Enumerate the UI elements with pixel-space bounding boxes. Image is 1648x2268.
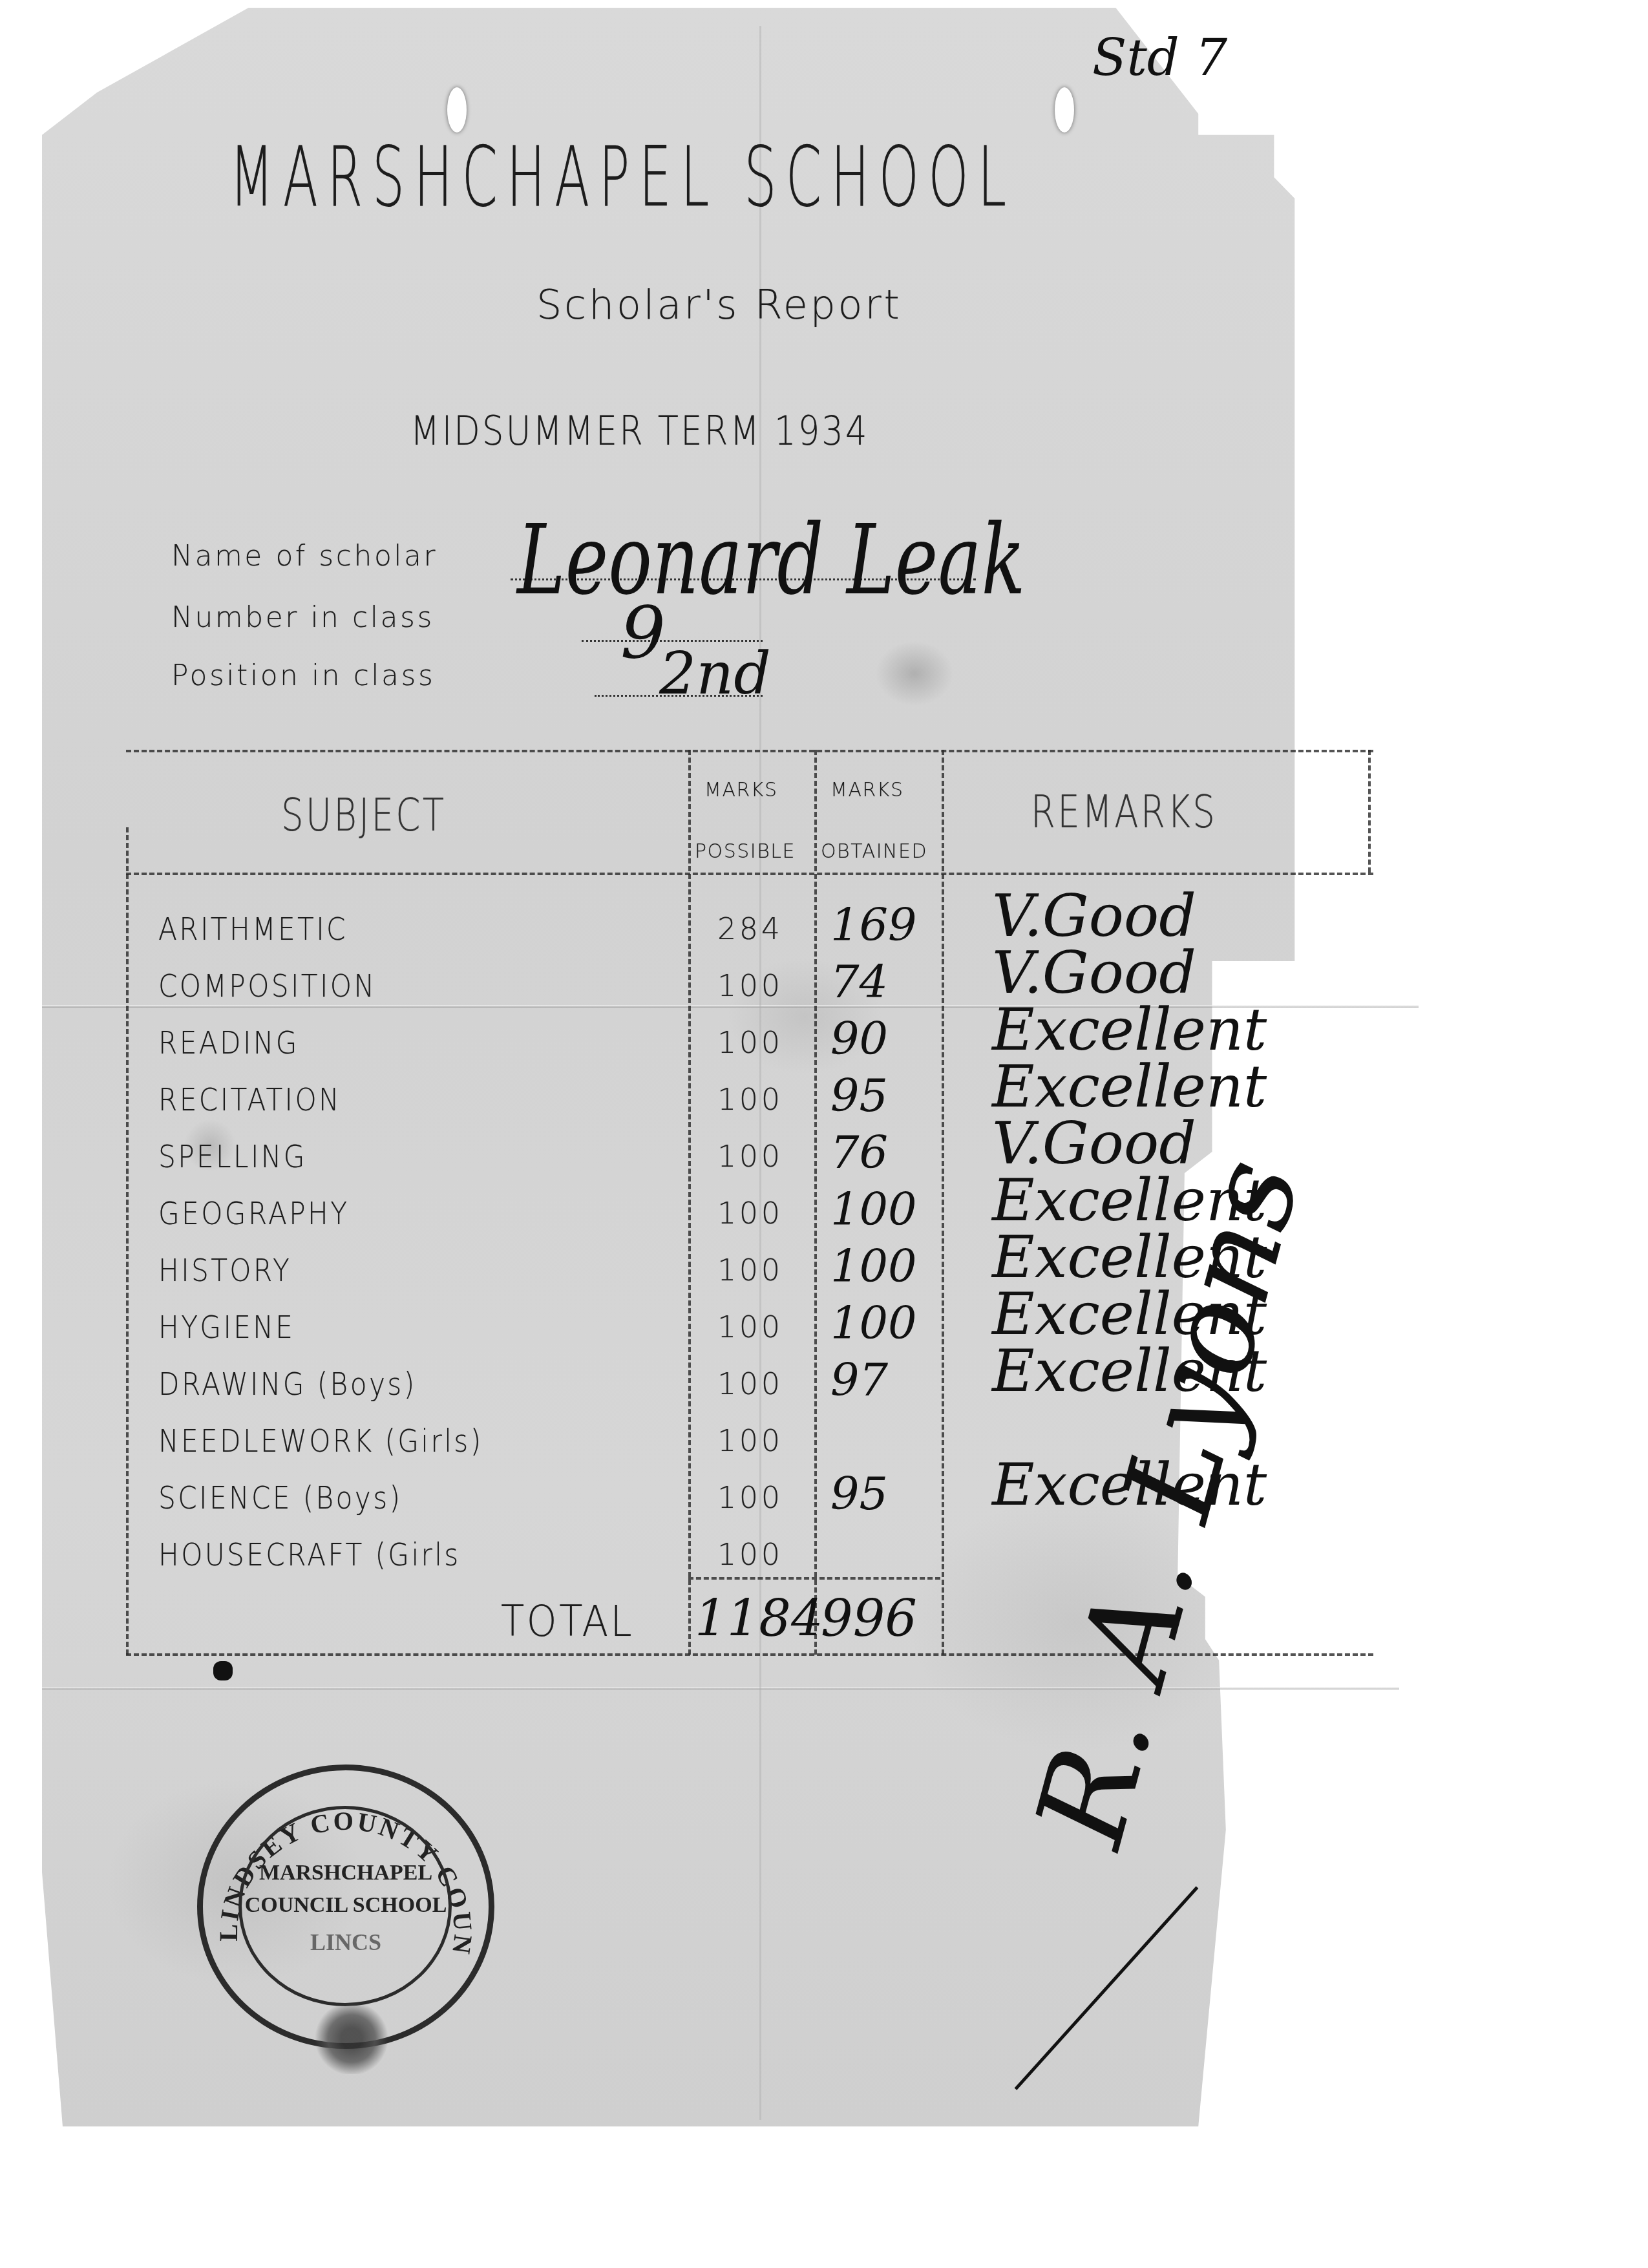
stamp-line-3: LINCS	[203, 1929, 489, 1956]
row-subject: HYGIENE	[158, 1309, 295, 1346]
row-marks-obtained: 97	[830, 1353, 888, 1406]
paper-fold-line	[42, 1687, 1399, 1690]
row-marks-possible: 100	[717, 1537, 783, 1572]
row-subject: SCIENCE (Boys)	[158, 1480, 402, 1516]
punch-hole	[1055, 87, 1074, 132]
stamp-line-2: COUNCIL SCHOOL	[203, 1893, 489, 1918]
row-subject: COMPOSITION	[158, 968, 376, 1004]
row-marks-obtained: 76	[830, 1126, 888, 1179]
table-rule	[126, 750, 1373, 752]
row-subject: HOUSECRAFT (Girls	[158, 1537, 461, 1573]
punch-hole	[447, 87, 467, 132]
row-marks-obtained: 95	[830, 1467, 888, 1520]
row-subject: SPELLING	[158, 1139, 307, 1175]
stamp-knot-emblem	[313, 2003, 390, 2074]
stamp-line-1: MARSHCHAPEL	[203, 1861, 489, 1885]
row-marks-possible: 100	[717, 1139, 783, 1174]
field-label-name: Name of scholar	[171, 540, 438, 573]
table-rule	[942, 750, 944, 1655]
header-remarks: REMARKS	[1031, 785, 1217, 838]
row-subject: ARITHMETIC	[158, 911, 348, 948]
row-marks-possible: 100	[717, 1309, 783, 1344]
scholar-name: Leonard Leak	[517, 504, 1026, 617]
table-rule	[1368, 750, 1371, 873]
header-obtained-top: MARKS	[830, 779, 903, 801]
position-in-class: 2nd	[659, 640, 771, 708]
total-possible: 1184	[695, 1590, 823, 1648]
row-marks-possible: 100	[717, 1082, 783, 1117]
row-marks-possible: 100	[717, 968, 783, 1003]
table-rule	[126, 873, 1373, 875]
council-stamp: LINDSEY COUNTY COUNCIL MARSHCHAPEL COUNC…	[197, 1765, 494, 2049]
standard-note: Std 7	[1092, 29, 1227, 87]
row-marks-possible: 100	[717, 1196, 783, 1231]
row-marks-obtained: 95	[830, 1069, 888, 1122]
ink-smudge	[213, 1661, 233, 1680]
row-subject: READING	[158, 1025, 299, 1061]
row-marks-possible: 100	[717, 1423, 783, 1458]
field-label-position: Position in class	[171, 659, 435, 692]
row-marks-possible: 284	[717, 911, 783, 946]
term-title: MIDSUMMER TERM 1934	[410, 407, 869, 454]
row-marks-obtained: 169	[830, 898, 917, 951]
header-possible-top: MARKS	[704, 779, 777, 801]
row-marks-obtained: 74	[830, 955, 888, 1008]
header-subject: SUBJECT	[281, 789, 446, 842]
row-marks-obtained: 100	[830, 1183, 917, 1236]
total-obtained: 996	[821, 1590, 917, 1648]
total-label: TOTAL	[501, 1596, 634, 1646]
row-marks-possible: 100	[717, 1253, 783, 1288]
row-marks-possible: 100	[717, 1480, 783, 1515]
row-subject: DRAWING (Boys)	[158, 1366, 417, 1403]
table-rule	[814, 750, 817, 1655]
table-rule	[688, 750, 691, 1655]
row-marks-obtained: 90	[830, 1012, 888, 1065]
table-rule	[126, 827, 129, 1655]
school-title: MARSHCHAPEL SCHOOL	[229, 129, 1016, 226]
field-label-number: Number in class	[171, 601, 434, 634]
row-subject: GEOGRAPHY	[158, 1196, 349, 1232]
report-title: Scholar's Report	[536, 281, 902, 328]
row-marks-obtained: 100	[830, 1297, 917, 1350]
row-subject: HISTORY	[158, 1253, 291, 1289]
row-subject: NEEDLEWORK (Girls)	[158, 1423, 483, 1459]
header-obtained-bottom: OBTAINED	[821, 840, 927, 863]
row-marks-possible: 100	[717, 1366, 783, 1401]
row-marks-obtained: 100	[830, 1240, 917, 1293]
row-marks-possible: 100	[717, 1025, 783, 1060]
header-possible-bottom: POSSIBLE	[695, 840, 796, 863]
row-subject: RECITATION	[158, 1082, 341, 1118]
